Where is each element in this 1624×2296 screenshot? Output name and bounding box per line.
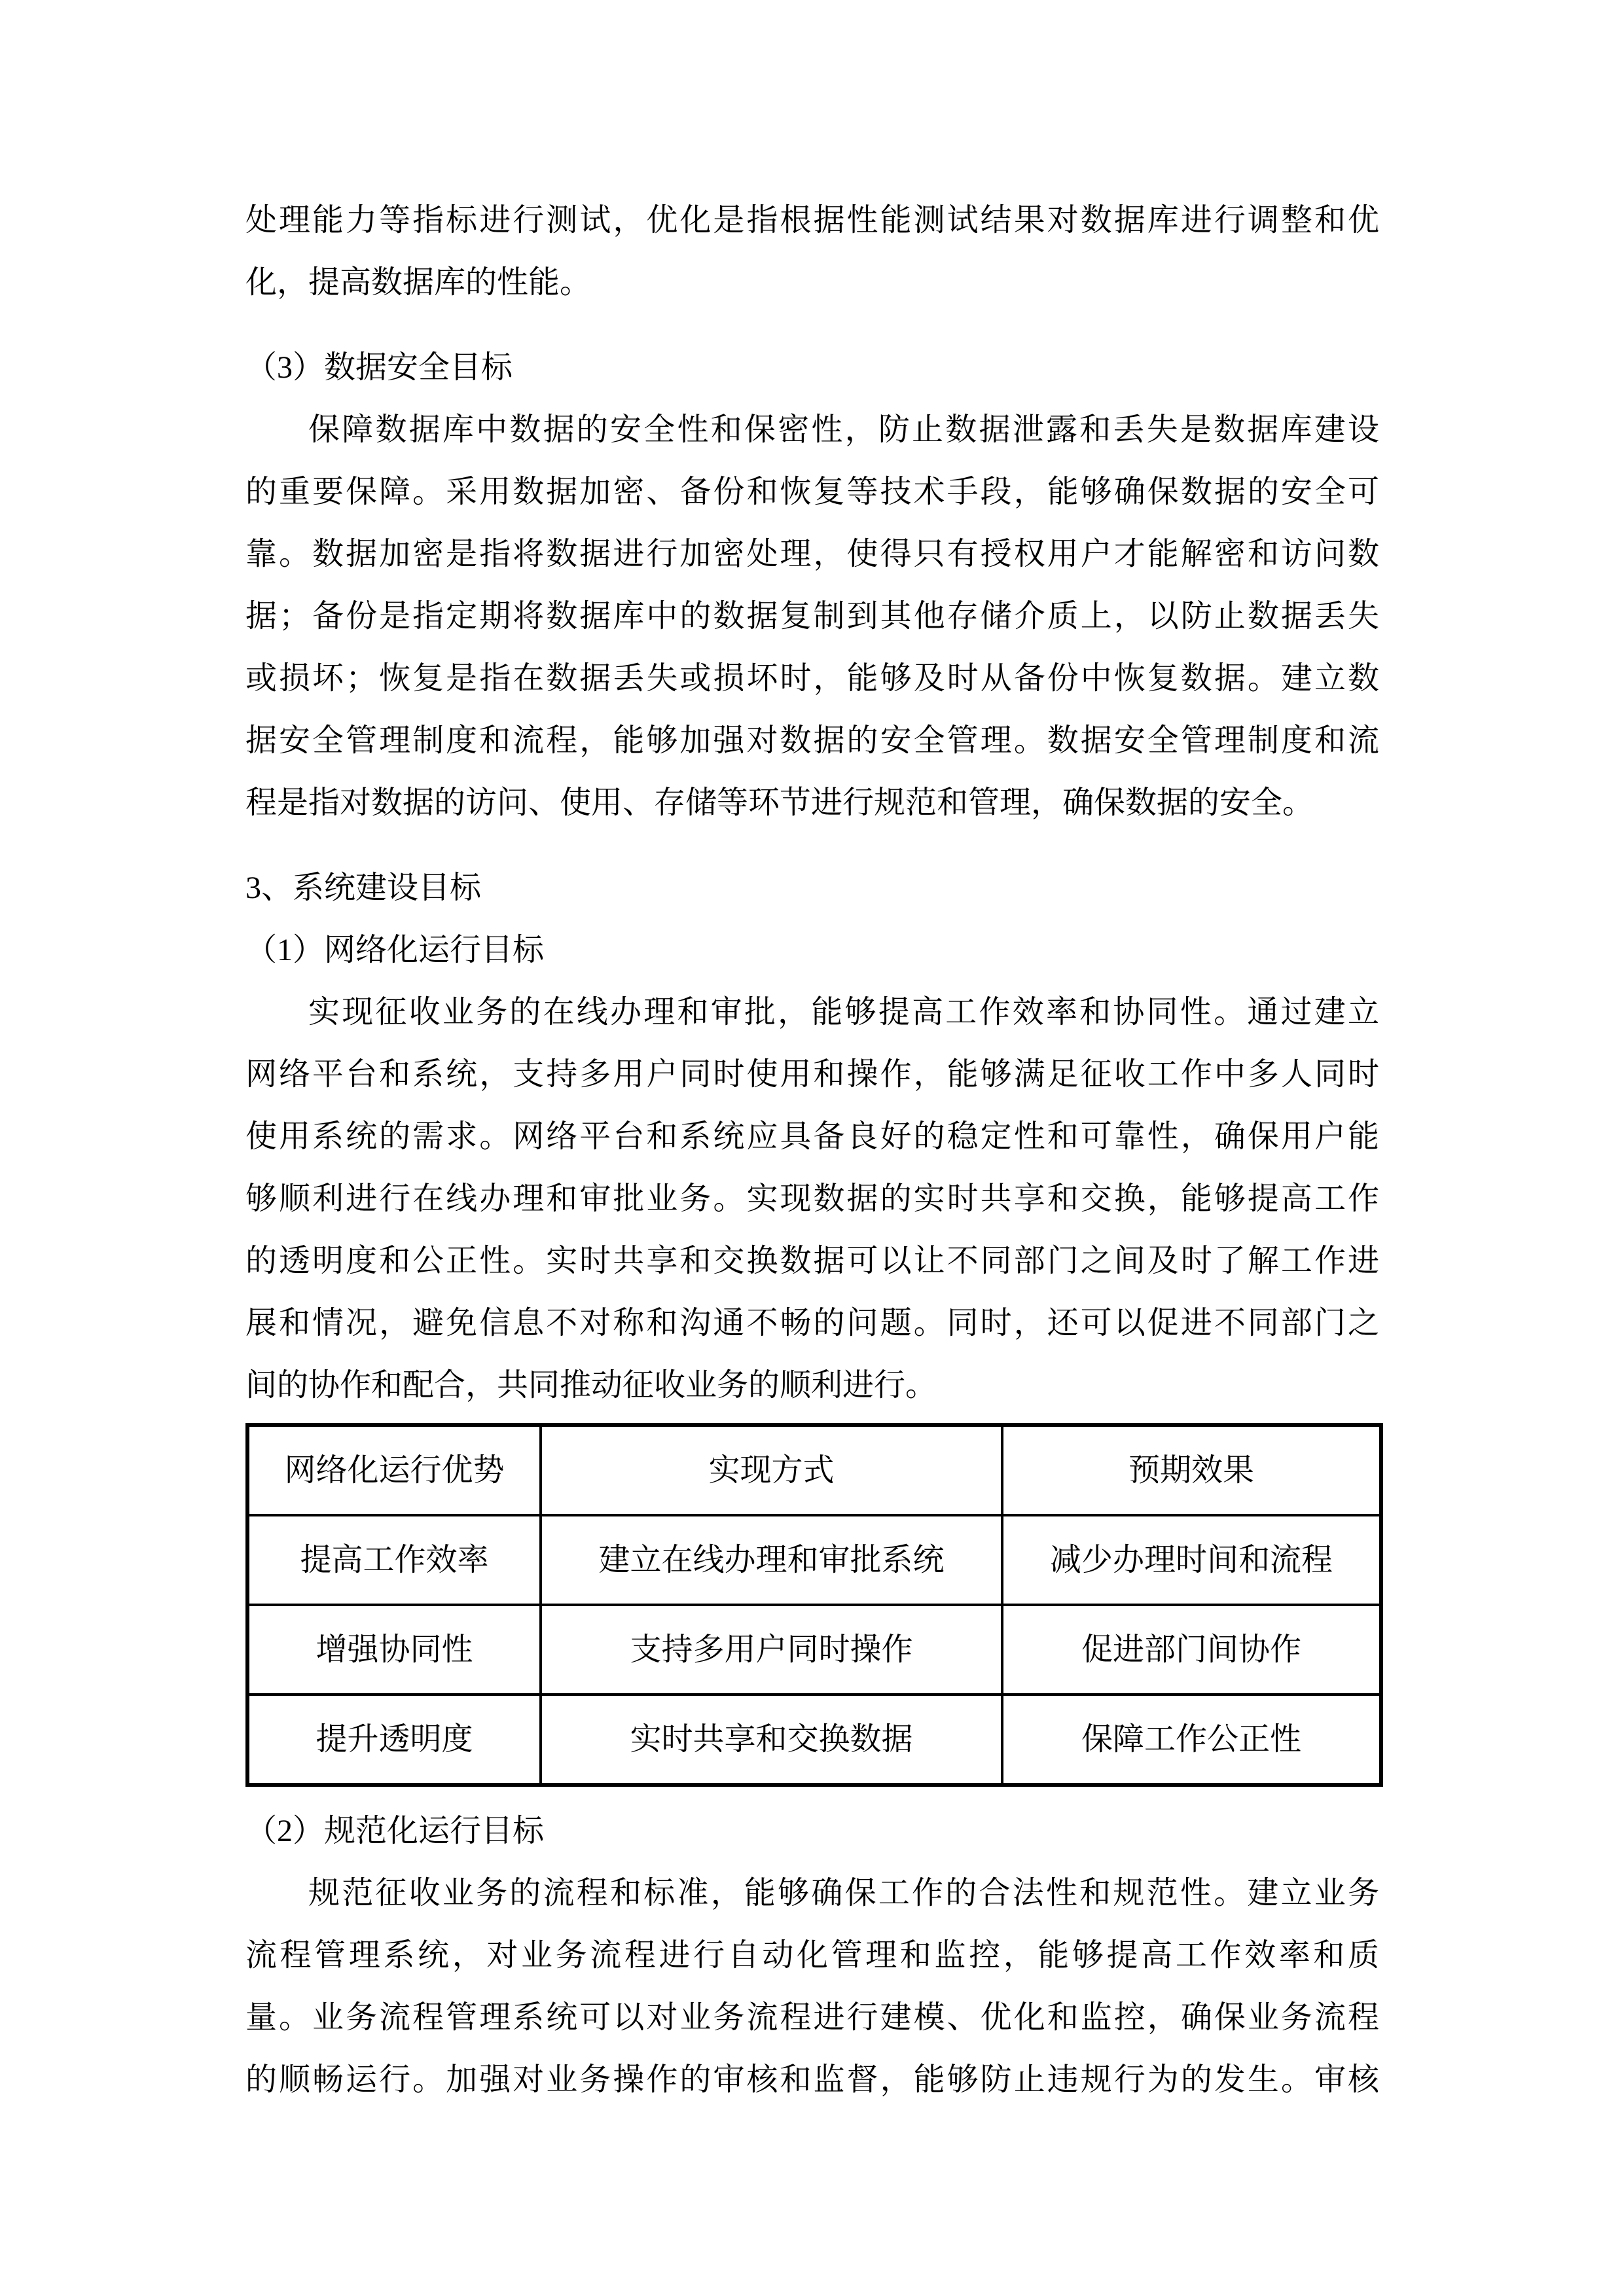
text-line: 网络平台和系统，支持多用户同时使用和操作，能够满足征收工作中多人同时 — [245, 1043, 1379, 1105]
table-header-cell: 实现方式 — [541, 1425, 1002, 1515]
table-header-cell: 预期效果 — [1002, 1425, 1381, 1515]
network-benefits-table: 网络化运行优势实现方式预期效果提高工作效率建立在线办理和审批系统减少办理时间和流… — [245, 1423, 1379, 1787]
text-line: 展和情况，避免信息不对称和沟通不畅的问题。同时，还可以促进不同部门之 — [245, 1292, 1379, 1354]
text-line: 化，提高数据库的性能。 — [245, 251, 1379, 314]
table-cell: 提高工作效率 — [247, 1515, 541, 1605]
text-line: 的透明度和公正性。实时共享和交换数据可以让不同部门之间及时了解工作进 — [245, 1230, 1379, 1292]
text-line: 的顺畅运行。加强对业务操作的审核和监督，能够防止违规行为的发生。审核 — [245, 2049, 1379, 2111]
table-row: 增强协同性支持多用户同时操作促进部门间协作 — [247, 1605, 1381, 1695]
table-row: 提高工作效率建立在线办理和审批系统减少办理时间和流程 — [247, 1515, 1381, 1605]
para-data-security: 保障数据库中数据的安全性和保密性，防止数据泄露和丢失是数据库建设的重要保障。采用… — [245, 399, 1379, 834]
heading-networked-operation-goal: （1）网络化运行目标 — [245, 919, 1379, 981]
para-standardized-operation: 规范征收业务的流程和标准，能够确保工作的合法性和规范性。建立业务流程管理系统，对… — [245, 1862, 1379, 2111]
table-cell: 支持多用户同时操作 — [541, 1605, 1002, 1695]
document-page: 处理能力等指标进行测试，优化是指根据性能测试结果对数据库进行调整和优化，提高数据… — [0, 0, 1624, 2296]
heading-standardized-operation-goal: （2）规范化运行目标 — [245, 1800, 1379, 1862]
para-continuation-db-optimization: 处理能力等指标进行测试，优化是指根据性能测试结果对数据库进行调整和优化，提高数据… — [245, 189, 1379, 314]
table-cell: 保障工作公正性 — [1002, 1695, 1381, 1785]
table-cell: 促进部门间协作 — [1002, 1605, 1381, 1695]
text-line: 的重要保障。采用数据加密、备份和恢复等技术手段，能够确保数据的安全可 — [245, 461, 1379, 523]
text-line: 据安全管理制度和流程，能够加强对数据的安全管理。数据安全管理制度和流 — [245, 709, 1379, 772]
table-cell: 建立在线办理和审批系统 — [541, 1515, 1002, 1605]
text-line: 靠。数据加密是指将数据进行加密处理，使得只有授权用户才能解密和访问数 — [245, 523, 1379, 585]
text-line: 保障数据库中数据的安全性和保密性，防止数据泄露和丢失是数据库建设 — [245, 399, 1379, 461]
heading-system-construction-goal: 3、系统建设目标 — [245, 857, 1379, 919]
heading-data-security-goal: （3）数据安全目标 — [245, 336, 1379, 399]
table-header-cell: 网络化运行优势 — [247, 1425, 541, 1515]
table-cell: 增强协同性 — [247, 1605, 541, 1695]
network-benefits-table: 网络化运行优势实现方式预期效果提高工作效率建立在线办理和审批系统减少办理时间和流… — [245, 1423, 1383, 1787]
document-content: 处理能力等指标进行测试，优化是指根据性能测试结果对数据库进行调整和优化，提高数据… — [245, 189, 1379, 2111]
text-line: 使用系统的需求。网络平台和系统应具备良好的稳定性和可靠性，确保用户能 — [245, 1105, 1379, 1168]
text-line: 程是指对数据的访问、使用、存储等环节进行规范和管理，确保数据的安全。 — [245, 772, 1379, 834]
text-line: 处理能力等指标进行测试，优化是指根据性能测试结果对数据库进行调整和优 — [245, 189, 1379, 251]
text-line: 够顺利进行在线办理和审批业务。实现数据的实时共享和交换，能够提高工作 — [245, 1168, 1379, 1230]
table-row: 提升透明度实时共享和交换数据保障工作公正性 — [247, 1695, 1381, 1785]
text-line: 间的协作和配合，共同推动征收业务的顺利进行。 — [245, 1354, 1379, 1416]
text-line: 量。业务流程管理系统可以对业务流程进行建模、优化和监控，确保业务流程 — [245, 1986, 1379, 2049]
table-header-row: 网络化运行优势实现方式预期效果 — [247, 1425, 1381, 1515]
table-cell: 实时共享和交换数据 — [541, 1695, 1002, 1785]
para-networked-operation: 实现征收业务的在线办理和审批，能够提高工作效率和协同性。通过建立网络平台和系统，… — [245, 981, 1379, 1416]
text-line: 实现征收业务的在线办理和审批，能够提高工作效率和协同性。通过建立 — [245, 981, 1379, 1043]
table-cell: 提升透明度 — [247, 1695, 541, 1785]
text-line: 或损坏；恢复是指在数据丢失或损坏时，能够及时从备份中恢复数据。建立数 — [245, 647, 1379, 709]
text-line: 规范征收业务的流程和标准，能够确保工作的合法性和规范性。建立业务 — [245, 1862, 1379, 1924]
text-line: 流程管理系统，对业务流程进行自动化管理和监控，能够提高工作效率和质 — [245, 1924, 1379, 1986]
text-line: 据；备份是指定期将数据库中的数据复制到其他存储介质上，以防止数据丢失 — [245, 585, 1379, 647]
table-cell: 减少办理时间和流程 — [1002, 1515, 1381, 1605]
